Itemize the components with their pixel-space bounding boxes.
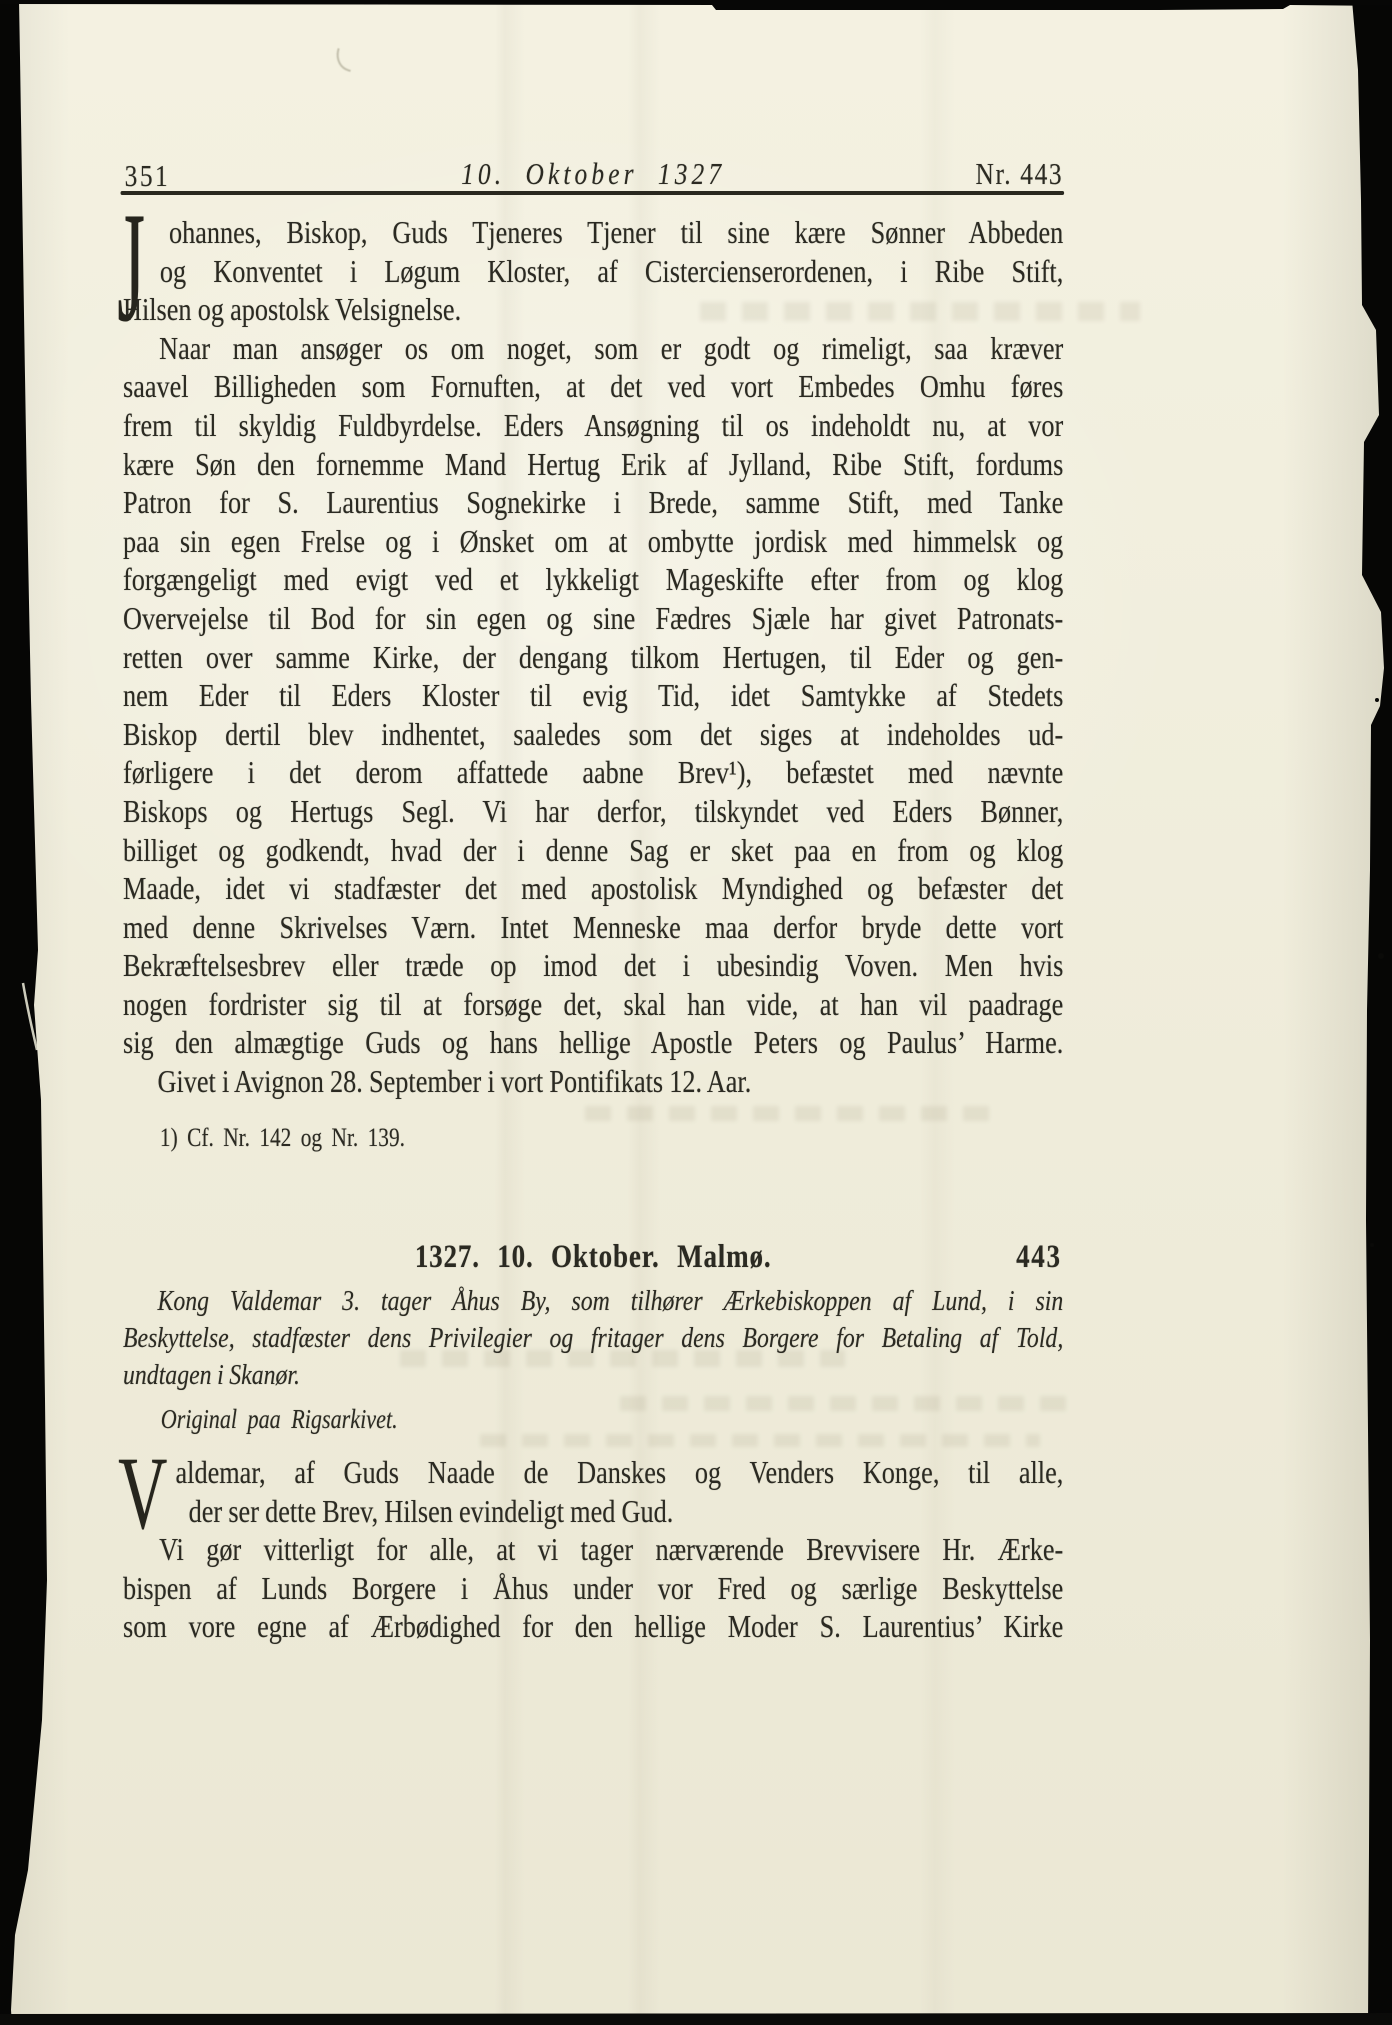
running-title: 10. Oktober 1327 <box>123 156 1063 192</box>
text-line: Bekræftelsesbrev eller træde op imod det… <box>123 946 1063 985</box>
text-line: forgængeligt med evigt ved et lykkeligt … <box>123 560 1063 599</box>
text-line: førligere i det derom affattede aabne Br… <box>123 753 1063 792</box>
section-heading-row: 1327. 10. Oktober. Malmø. 443 <box>123 1239 1063 1276</box>
document-1-body: ohannes, Biskop, Guds Tjeneres Tjener ti… <box>123 213 1063 1101</box>
text-line: retten over samme Kirke, der dengang til… <box>123 638 1063 677</box>
text-line: Biskops og Hertugs Segl. Vi har derfor, … <box>123 792 1063 831</box>
text-line: med denne Skrivelses Værn. Intet Mennesk… <box>123 908 1063 947</box>
text-line: Patron for S. Laurentius Sognekirke i Br… <box>123 483 1063 522</box>
text-line: Overvejelse til Bod for sin egen og sine… <box>123 599 1063 638</box>
text-line: Givet i Avignon 28. September i vort Pon… <box>123 1062 1063 1101</box>
summary-line: Kong Valdemar 3. tager Åhus By, som tilh… <box>123 1283 1063 1320</box>
text-line: som vore egne af Ærbødighed for den hell… <box>123 1607 1063 1646</box>
text-line: Hilsen og apostolsk Velsignelse. <box>123 290 1063 329</box>
text-line: ohannes, Biskop, Guds Tjeneres Tjener ti… <box>123 213 1063 252</box>
text-line: nem Eder til Eders Kloster til evig Tid,… <box>123 676 1063 715</box>
text-line: kære Søn den fornemme Mand Hertug Erik a… <box>123 445 1063 484</box>
text-line: Maade, idet vi stadfæster det med aposto… <box>123 869 1063 908</box>
footnote: 1) Cf. Nr. 142 og Nr. 139. <box>160 1123 405 1153</box>
text-line: billiget og godkendt, hvad der i denne S… <box>123 831 1063 870</box>
summary-line: Beskyttelse, stadfæster dens Privilegier… <box>123 1320 1063 1357</box>
text-line: nogen fordrister sig til at forsøge det,… <box>123 985 1063 1024</box>
header-rule <box>121 191 1065 195</box>
text-line: der ser dette Brev, Hilsen evindeligt me… <box>123 1492 1063 1531</box>
summary-line: undtagen i Skanør. <box>123 1357 1063 1394</box>
text-line: bispen af Lunds Borgere i Åhus under vor… <box>123 1569 1063 1608</box>
text-line: aldemar, af Guds Naade de Danskes og Ven… <box>123 1453 1063 1492</box>
drop-cap-j: J <box>117 189 145 347</box>
text-line: og Konventet i Løgum Kloster, af Cisterc… <box>123 252 1063 291</box>
section-heading: 1327. 10. Oktober. Malmø. <box>123 1239 1063 1276</box>
page-text: 351 10. Oktober 1327 Nr. 443 J ohannes, … <box>123 0 1063 2025</box>
document-2-body: aldemar, af Guds Naade de Danskes og Ven… <box>123 1453 1063 1646</box>
text-line: Naar man ansøger os om noget, som er god… <box>123 329 1063 368</box>
section-number: 443 <box>1016 1239 1062 1276</box>
text-line: Biskop dertil blev indhentet, saaledes s… <box>123 715 1063 754</box>
source-note: Original paa Rigsarkivet. <box>161 1404 398 1435</box>
text-line: frem til skyldig Fuldbyrdelse. Eders Ans… <box>123 406 1063 445</box>
text-line: paa sin egen Frelse og i Ønsket om at om… <box>123 522 1063 561</box>
text-line: saavel Billigheden som Fornuften, at det… <box>123 367 1063 406</box>
document-2-summary: Kong Valdemar 3. tager Åhus By, som tilh… <box>123 1283 1063 1394</box>
text-line: sig den almægtige Guds og hans hellige A… <box>123 1023 1063 1062</box>
drop-cap-v: V <box>118 1442 167 1546</box>
doc-number-label: Nr. 443 <box>975 156 1063 192</box>
text-line: Vi gør vitterligt for alle, at vi tager … <box>123 1530 1063 1569</box>
